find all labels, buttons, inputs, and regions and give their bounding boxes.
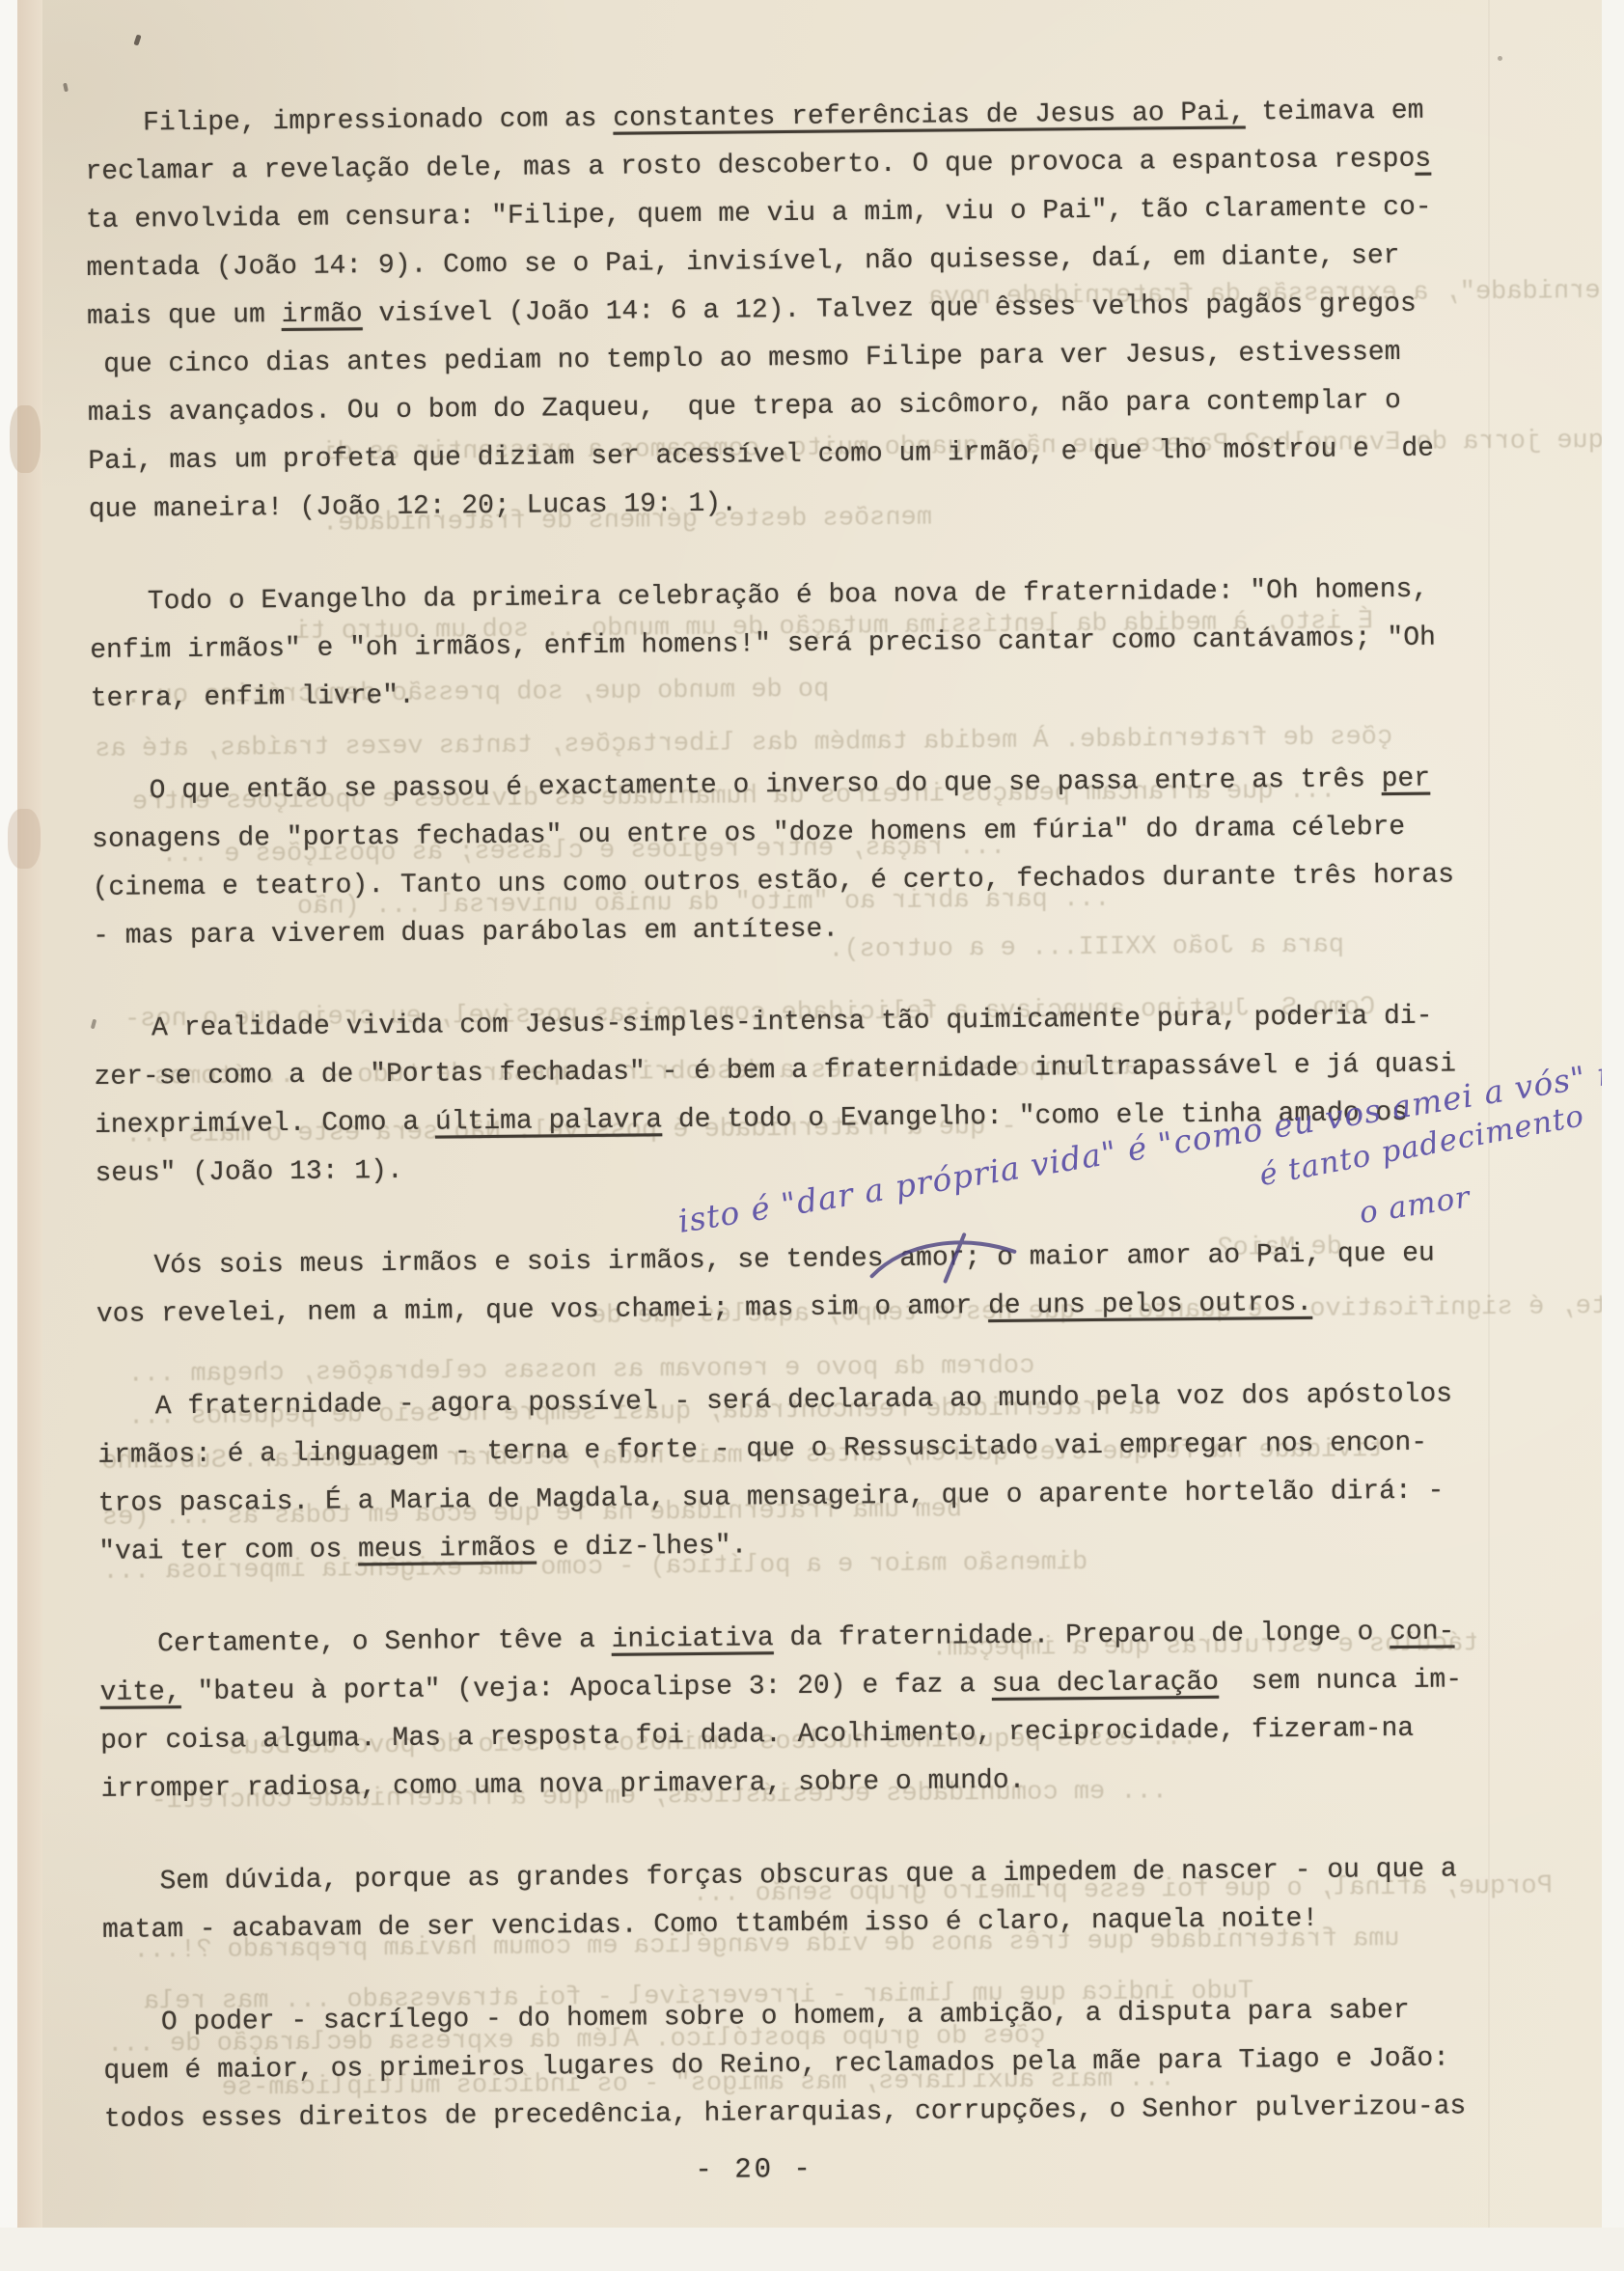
text-segment: tros pascais. É a Maria de Magdala, sua … — [98, 1477, 1445, 1519]
paragraph: Filipe, impressionado com as constantes … — [85, 87, 1498, 535]
text-segment: visível (João 14: 6 a 12). Talvez que ês… — [362, 290, 1416, 329]
text-segment: "bateu à porta" (veja: Apocalipse 3: 20)… — [181, 1670, 992, 1707]
text-segment: sem nunca im- — [1219, 1665, 1462, 1697]
text-segment: Vós sois meus irmãos e sois irmãos, se t… — [153, 1239, 1435, 1282]
text-segment: teimava em — [1245, 97, 1423, 128]
text-segment: mais avançados. Ou o bom do Zaqueu, que … — [88, 386, 1401, 429]
ink-speck — [405, 112, 409, 116]
text-segment: quem é maior, os primeiros lugares do Re… — [103, 2044, 1449, 2087]
underlined-text: constantes referências de Jesus ao Pai, — [613, 97, 1246, 133]
text-segment: (cinema e teatro). Tanto uns como outros… — [93, 860, 1455, 903]
text-segment: A realidade vivida com Jesus-simples-int… — [151, 1002, 1433, 1044]
paragraph: Todo o Evangelho da primeira celebração … — [90, 566, 1500, 724]
text-segment: mentada (João 14: 9). Como se o Pai, inv… — [86, 241, 1399, 284]
text-segment: A fraternidade - agora possível - será d… — [155, 1379, 1452, 1422]
paper-smudge — [8, 809, 41, 869]
underlined-text: vite, — [100, 1677, 181, 1708]
text-segment: matam - acabavam de ser vencidas. Como t… — [102, 1904, 1318, 1946]
underlined-text: sua declaração — [992, 1668, 1220, 1700]
underlined-text: de uns pelos outros. — [988, 1288, 1312, 1321]
scan-edge-left — [0, 0, 17, 2271]
text-segment: O poder - sacrílego - do homem sobre o h… — [161, 1996, 1410, 2037]
text-segment: irmãos: é a linguagem - terna e forte - … — [97, 1428, 1427, 1471]
text-segment: Filipe, impressionado com as — [143, 104, 614, 139]
paper-smudge — [10, 405, 41, 473]
text-segment: por coisa alguma. Mas a resposta foi dad… — [100, 1714, 1414, 1757]
text-segment: Certamente, o Senhor têve a — [157, 1625, 612, 1660]
text-segment: todos esses direitos de precedência, hie… — [104, 2091, 1467, 2135]
scan-edge-right — [1602, 0, 1624, 2271]
text-segment: sonagens de "portas fechadas" ou entre o… — [92, 813, 1405, 855]
text-segment: e diz-lhes". — [537, 1531, 748, 1563]
paragraph: A fraternidade - agora possível - será d… — [97, 1371, 1508, 1577]
bleedthrough-layer: torna a "fraternidade", a expressão da f… — [0, 0, 1623, 1]
text-segment: zer-se como a de "Portas fechadas" - é b… — [94, 1049, 1456, 1093]
paragraph: O que então se passou é exactamente o in… — [91, 755, 1501, 961]
scanned-document: torna a "fraternidade", a expressão da f… — [0, 0, 1624, 2271]
text-segment: Pai, mas um profeta que diziam ser acess… — [88, 434, 1434, 477]
text-segment: seus" (João 13: 1). — [95, 1156, 403, 1189]
underlined-text: per — [1382, 764, 1431, 794]
insertion-mark-icon — [867, 1227, 1023, 1288]
text-segment: ta envolvida em censura: "Filipe, quem m… — [86, 193, 1432, 235]
paragraph: Sem dúvida, porque as grandes forças obs… — [101, 1845, 1511, 1955]
underlined-text: s — [1415, 145, 1431, 175]
page-content-frame: torna a "fraternidade", a expressão da f… — [0, 0, 1624, 2271]
text-segment: da fraternidade. Preparou de longe o — [774, 1618, 1390, 1653]
scan-edge-left-inner — [17, 0, 42, 2271]
text-segment: Sem dúvida, porque as grandes forças obs… — [159, 1854, 1456, 1897]
text-segment: O que então se passou é exactamente o in… — [150, 764, 1382, 806]
underlined-text: meus irmãos — [358, 1534, 537, 1565]
text-segment: enfim irmãos" e "oh irmãos, enfim homens… — [90, 623, 1436, 666]
text-segment: reclamar a revelação dele, mas a rosto d… — [85, 145, 1415, 187]
text-segment: que maneira! (João 12: 20; Lucas 19: 1). — [89, 489, 737, 525]
text-segment: inexprimível. Como a — [95, 1108, 435, 1141]
paragraph: O poder - sacrílego - do homem sobre o h… — [103, 1986, 1513, 2145]
underlined-text: con- — [1390, 1617, 1455, 1648]
text-segment: terra, enfim livre". — [91, 681, 415, 714]
page-number: - 20 - — [695, 2153, 813, 2186]
underlined-text: iniciativa — [612, 1623, 774, 1655]
paragraph: Vós sois meus irmãos e sois irmãos, se t… — [96, 1230, 1505, 1340]
underlined-text: irmão — [281, 299, 362, 330]
text-segment: que cinco dias antes pediam no templo ao… — [87, 338, 1400, 380]
text-segment: irromper radiosa, como uma nova primaver… — [101, 1766, 1026, 1805]
paragraph: Certamente, o Senhor têve a iniciativa d… — [99, 1608, 1510, 1814]
text-segment: - mas para viverem duas parábolas em ant… — [93, 915, 839, 952]
ink-speck — [1498, 56, 1502, 61]
text-segment: "vai ter com os — [98, 1535, 358, 1567]
text-segment: Todo o Evangelho da primeira celebração … — [148, 575, 1429, 618]
underlined-text: última palavra — [435, 1105, 663, 1137]
text-segment: mais que um — [87, 300, 282, 332]
text-segment: vos revelei, nem a mim, que vos chamei; … — [96, 1291, 988, 1330]
scan-edge-bottom — [0, 2228, 1624, 2271]
